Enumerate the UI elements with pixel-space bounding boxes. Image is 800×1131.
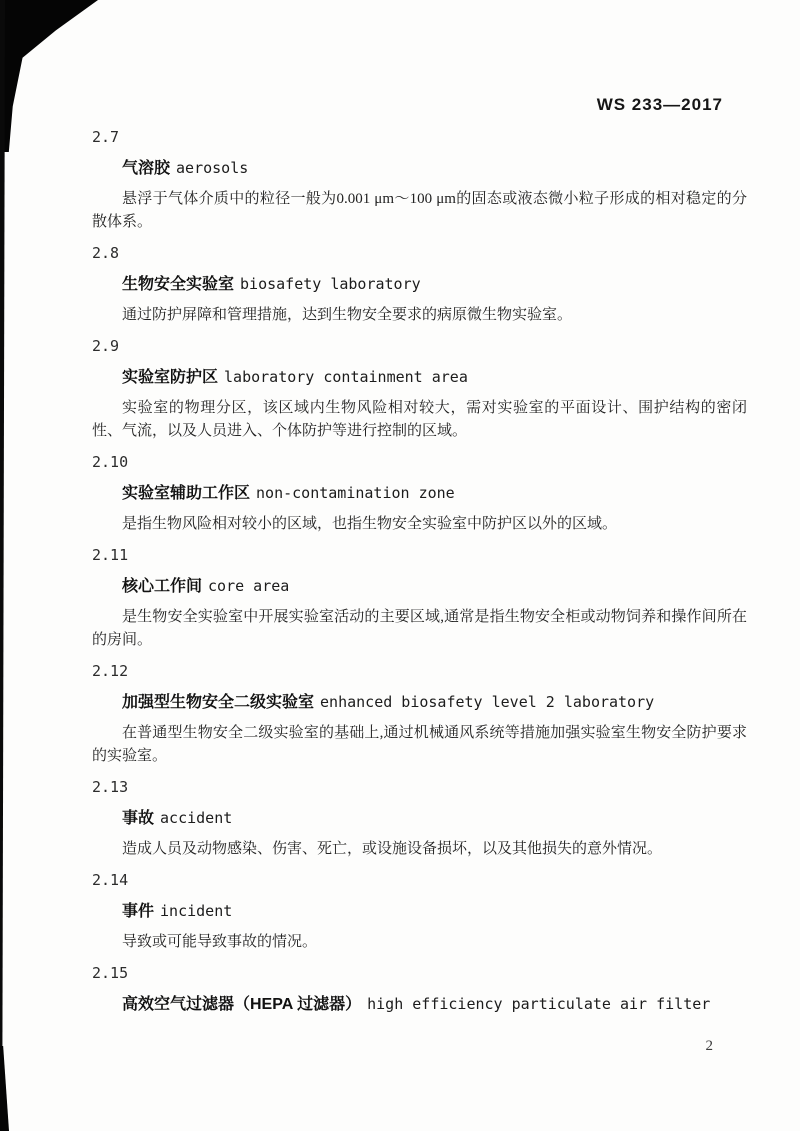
term-heading: 加强型生物安全二级实验室enhanced biosafety level 2 l… bbox=[122, 691, 747, 714]
term-heading: 核心工作间core area bbox=[122, 575, 747, 598]
section-number: 2.8 bbox=[92, 242, 747, 265]
section-number: 2.14 bbox=[92, 869, 747, 892]
scan-artifact-bottom-left-corner bbox=[0, 1046, 9, 1131]
term-english: non-contamination zone bbox=[256, 484, 455, 502]
term-heading: 生物安全实验室biosafety laboratory bbox=[122, 273, 747, 296]
definition-text: 导致或可能导致事故的情况。 bbox=[92, 931, 747, 954]
definition-text: 通过防护屏障和管理措施，达到生物安全要求的病原微生物实验室。 bbox=[92, 304, 747, 327]
term-heading: 气溶胶aerosols bbox=[122, 157, 747, 180]
definition-section: 2.7 气溶胶aerosols 悬浮于气体介质中的粒径一般为0.001 μm～1… bbox=[92, 126, 747, 234]
term-heading: 实验室防护区laboratory containment area bbox=[122, 366, 747, 389]
term-heading: 高效空气过滤器（HEPA 过滤器）high efficiency particu… bbox=[122, 993, 747, 1016]
definition-section: 2.8 生物安全实验室biosafety laboratory 通过防护屏障和管… bbox=[92, 242, 747, 327]
definition-section: 2.14 事件incident 导致或可能导致事故的情况。 bbox=[92, 869, 747, 954]
definition-section: 2.15 高效空气过滤器（HEPA 过滤器）high efficiency pa… bbox=[92, 962, 747, 1016]
term-heading: 事件incident bbox=[122, 900, 747, 923]
term-english: aerosols bbox=[176, 159, 248, 177]
section-number: 2.15 bbox=[92, 962, 747, 985]
term-english: high efficiency particulate air filter bbox=[367, 995, 710, 1013]
document-page: WS 233—2017 2.7 气溶胶aerosols 悬浮于气体介质中的粒径一… bbox=[0, 0, 800, 1131]
definitions-list: 2.7 气溶胶aerosols 悬浮于气体介质中的粒径一般为0.001 μm～1… bbox=[0, 0, 800, 1024]
term-chinese: 实验室防护区 bbox=[122, 369, 218, 386]
section-number: 2.13 bbox=[92, 776, 747, 799]
section-number: 2.12 bbox=[92, 660, 747, 683]
term-chinese: 加强型生物安全二级实验室 bbox=[122, 694, 314, 711]
term-heading: 实验室辅助工作区non-contamination zone bbox=[122, 482, 747, 505]
definition-text: 是生物安全实验室中开展实验室活动的主要区域,通常是指生物安全柜或动物饲养和操作间… bbox=[92, 606, 747, 652]
term-chinese: 高效空气过滤器（HEPA 过滤器） bbox=[122, 996, 361, 1013]
section-number: 2.9 bbox=[92, 335, 747, 358]
definition-section: 2.12 加强型生物安全二级实验室enhanced biosafety leve… bbox=[92, 660, 747, 768]
definition-text: 是指生物风险相对较小的区域，也指生物安全实验室中防护区以外的区域。 bbox=[92, 513, 747, 536]
term-english: laboratory containment area bbox=[224, 368, 468, 386]
section-number: 2.11 bbox=[92, 544, 747, 567]
definition-section: 2.9 实验室防护区laboratory containment area 实验… bbox=[92, 335, 747, 443]
term-english: enhanced biosafety level 2 laboratory bbox=[320, 693, 654, 711]
section-number: 2.10 bbox=[92, 451, 747, 474]
term-heading: 事故accident bbox=[122, 807, 747, 830]
term-english: incident bbox=[160, 902, 232, 920]
term-english: accident bbox=[160, 809, 232, 827]
definition-text: 在普通型生物安全二级实验室的基础上,通过机械通风系统等措施加强实验室生物安全防护… bbox=[92, 722, 747, 768]
page-number: 2 bbox=[706, 1038, 714, 1055]
term-english: core area bbox=[208, 577, 289, 595]
definition-text: 悬浮于气体介质中的粒径一般为0.001 μm～100 μm的固态或液态微小粒子形… bbox=[92, 188, 747, 234]
section-number: 2.7 bbox=[92, 126, 747, 149]
definition-text: 造成人员及动物感染、伤害、死亡，或设施设备损坏，以及其他损失的意外情况。 bbox=[92, 838, 747, 861]
term-chinese: 核心工作间 bbox=[122, 578, 202, 595]
term-chinese: 气溶胶 bbox=[122, 160, 170, 177]
definition-section: 2.11 核心工作间core area 是生物安全实验室中开展实验室活动的主要区… bbox=[92, 544, 747, 652]
term-chinese: 事故 bbox=[122, 810, 154, 827]
definition-text: 实验室的物理分区，该区域内生物风险相对较大，需对实验室的平面设计、围护结构的密闭… bbox=[92, 397, 747, 443]
term-english: biosafety laboratory bbox=[240, 275, 421, 293]
term-chinese: 生物安全实验室 bbox=[122, 276, 234, 293]
term-chinese: 事件 bbox=[122, 903, 154, 920]
definition-section: 2.13 事故accident 造成人员及动物感染、伤害、死亡，或设施设备损坏，… bbox=[92, 776, 747, 861]
definition-section: 2.10 实验室辅助工作区non-contamination zone 是指生物… bbox=[92, 451, 747, 536]
term-chinese: 实验室辅助工作区 bbox=[122, 485, 250, 502]
